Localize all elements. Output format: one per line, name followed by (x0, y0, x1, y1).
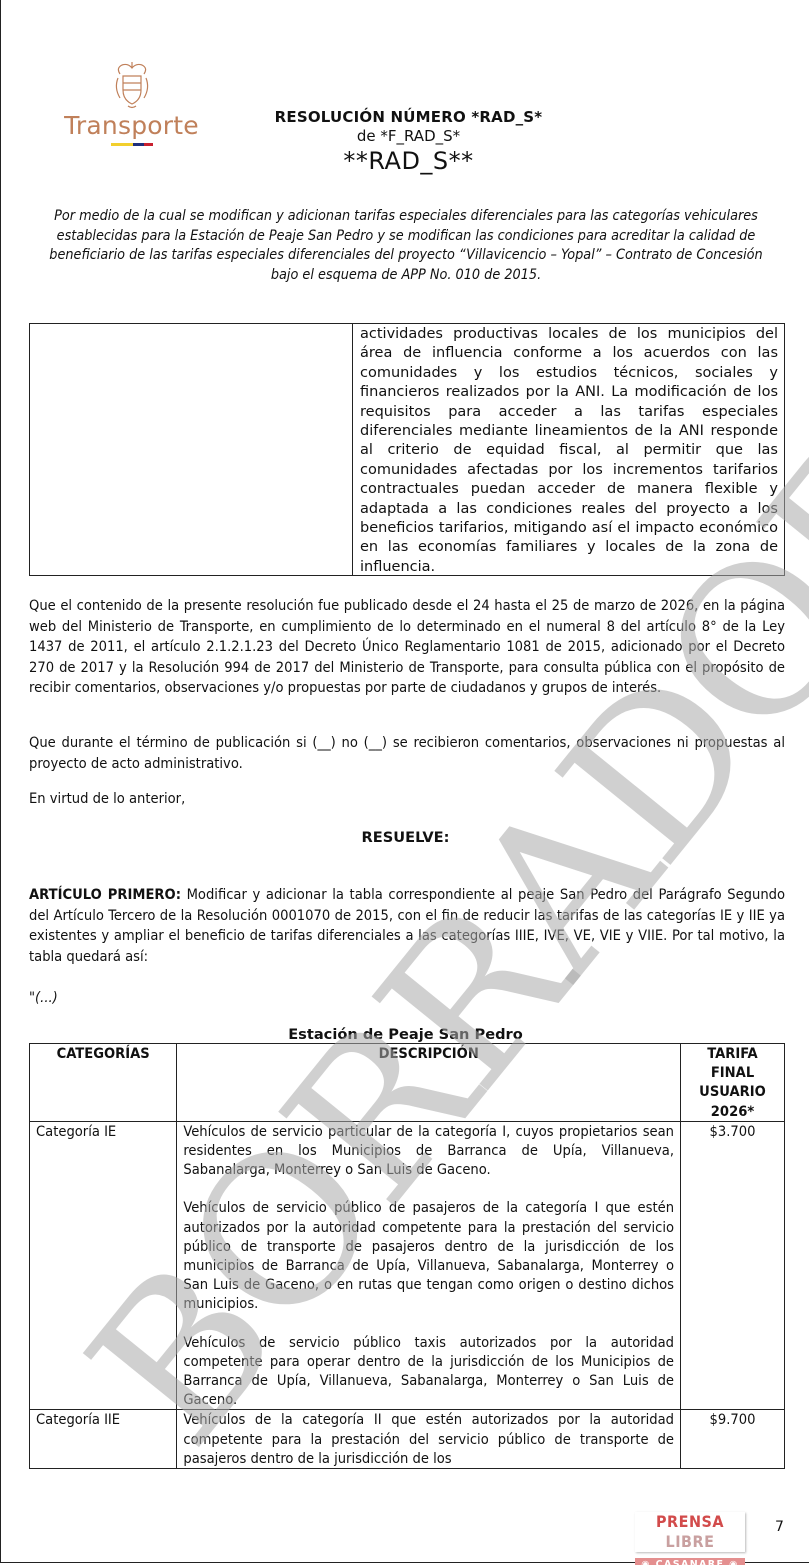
header-tariff: TARIFAFINALUSUARIO2026* (681, 1044, 785, 1122)
ministry-logo: Transporte (49, 60, 214, 146)
row-tariff: $3.700 (681, 1121, 785, 1410)
header-categories: CATEGORÍAS (30, 1044, 177, 1122)
resolution-heading: RESOLUCIÓN NÚMERO *RAD_S* de *F_RAD_S* *… (201, 108, 616, 175)
flag-stripe (49, 143, 214, 146)
document-page: Transporte RESOLUCIÓN NÚMERO *RAD_S* de … (0, 0, 809, 1563)
description-paragraph: Vehículos de servicio público taxis auto… (183, 1333, 674, 1410)
header-description: DESCRIPCIÓN (177, 1044, 681, 1122)
prensa-libre-logo: PRENSA LIBRE ◉ CASANARE ◉ (635, 1512, 745, 1565)
casanare-label: ◉ CASANARE ◉ (635, 1558, 745, 1565)
row-tariff: $9.700 (681, 1410, 785, 1469)
paragraph-comments: Que durante el término de publicación si… (29, 733, 785, 774)
page-number: 7 (775, 1519, 784, 1535)
continued-table: actividades productivas locales de los m… (29, 323, 785, 576)
article-first: ARTÍCULO PRIMERO: Modificar y adicionar … (29, 885, 785, 967)
resuelve-heading: RESUELVE: (1, 829, 809, 846)
row-description: Vehículos de la categoría II que estén a… (177, 1410, 681, 1469)
tariff-table: CATEGORÍAS DESCRIPCIÓN TARIFAFINALUSUARI… (29, 1043, 785, 1469)
continued-table-left-cell (30, 324, 353, 575)
prensa-libre-wordmark: PRENSA LIBRE (635, 1512, 745, 1552)
description-paragraph: Vehículos de servicio particular de la c… (183, 1122, 674, 1180)
table-row: Categoría IE Vehículos de servicio parti… (30, 1121, 785, 1410)
description-paragraph: Vehículos de la categoría II que estén a… (183, 1410, 674, 1468)
article-label: ARTÍCULO PRIMERO: (29, 886, 181, 903)
resolution-code: **RAD_S** (201, 147, 616, 175)
row-category: Categoría IE (30, 1121, 177, 1410)
tariff-table-header: CATEGORÍAS DESCRIPCIÓN TARIFAFINALUSUARI… (30, 1044, 785, 1122)
resolution-subject: Por medio de la cual se modifican y adic… (41, 207, 771, 285)
description-paragraph: Vehículos de servicio público de pasajer… (183, 1198, 674, 1313)
coat-of-arms-icon (112, 60, 152, 110)
continued-table-right-cell: actividades productivas locales de los m… (353, 324, 784, 575)
row-description: Vehículos de servicio particular de la c… (177, 1121, 681, 1410)
tariff-table-title: Estación de Peaje San Pedro (1, 1026, 809, 1043)
logo-text: Transporte (49, 111, 214, 140)
resolution-date: de *F_RAD_S* (201, 127, 616, 145)
paragraph-whereas: En virtud de lo anterior, (29, 789, 785, 810)
quote-open: "(...) (29, 988, 785, 1009)
table-row: Categoría IIE Vehículos de la categoría … (30, 1410, 785, 1469)
paragraph-publication: Que el contenido de la presente resoluci… (29, 596, 785, 699)
row-category: Categoría IIE (30, 1410, 177, 1469)
resolution-number: RESOLUCIÓN NÚMERO *RAD_S* (201, 108, 616, 126)
